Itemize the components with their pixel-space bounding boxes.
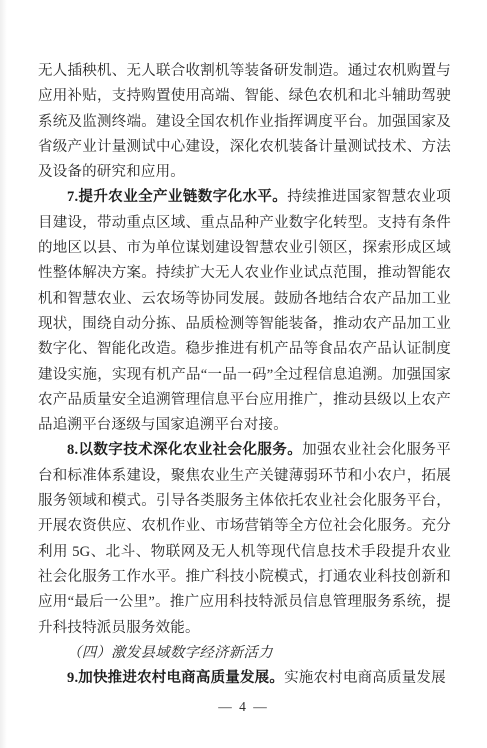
paragraph-continuation: 无人插秧机、无人联合收割机等装备研发制造。通过农机购置与应用补贴，支持购置使用高… [38, 59, 451, 185]
paragraph-text: 持续推进国家智慧农业项目建设，带动重点区域、重点品种产业数字化转型。支持有条件的… [38, 189, 451, 433]
item-8-lead: 8.以数字技术深化农业社会化服务。 [67, 442, 302, 458]
page-number: — 4 — [218, 699, 269, 714]
document-body: 无人插秧机、无人联合收割机等装备研发制造。通过农机购置与应用补贴，支持购置使用高… [38, 59, 451, 691]
section-heading-4: （四）激发县域数字经济新活力 [38, 641, 451, 666]
paragraph-item-8: 8.以数字技术深化农业社会化服务。加强农业社会化服务平台和标准体系建设，聚焦农业… [38, 438, 451, 640]
page-footer: — 4 — [0, 698, 487, 716]
document-page: 无人插秧机、无人联合收割机等装备研发制造。通过农机购置与应用补贴，支持购置使用高… [0, 0, 487, 748]
paragraph-item-7: 7.提升农业全产业链数字化水平。持续推进国家智慧农业项目建设，带动重点区域、重点… [38, 185, 451, 438]
paragraph-text: 无人插秧机、无人联合收割机等装备研发制造。通过农机购置与应用补贴，支持购置使用高… [38, 63, 451, 180]
item-9-lead: 9.加快推进农村电商高质量发展。 [67, 670, 284, 686]
paragraph-text: 加强农业社会化服务平台和标准体系建设，聚焦农业生产关键薄弱环节和小农户，拓展服务… [38, 442, 451, 635]
paragraph-item-9: 9.加快推进农村电商高质量发展。实施农村电商高质量发展 [38, 666, 451, 691]
paragraph-text: 实施农村电商高质量发展 [284, 670, 446, 686]
item-7-lead: 7.提升农业全产业链数字化水平。 [67, 189, 287, 205]
section-heading-text: （四）激发县域数字经济新活力 [67, 645, 273, 661]
